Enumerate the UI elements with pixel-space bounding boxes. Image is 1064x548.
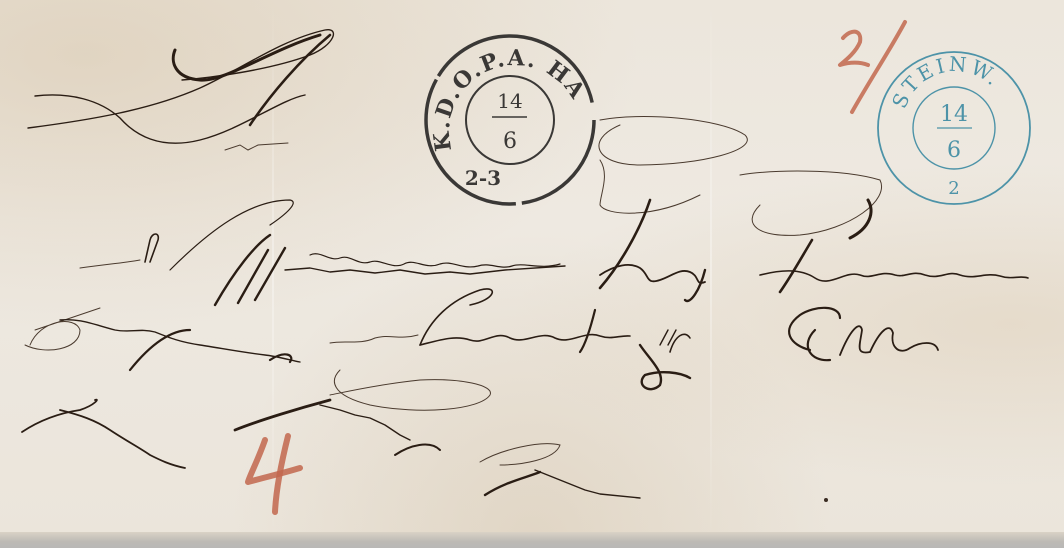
crayon-mark-bottom-left <box>248 436 300 512</box>
crayon-marks <box>0 0 1064 548</box>
crayon-mark-top-right <box>840 22 905 112</box>
